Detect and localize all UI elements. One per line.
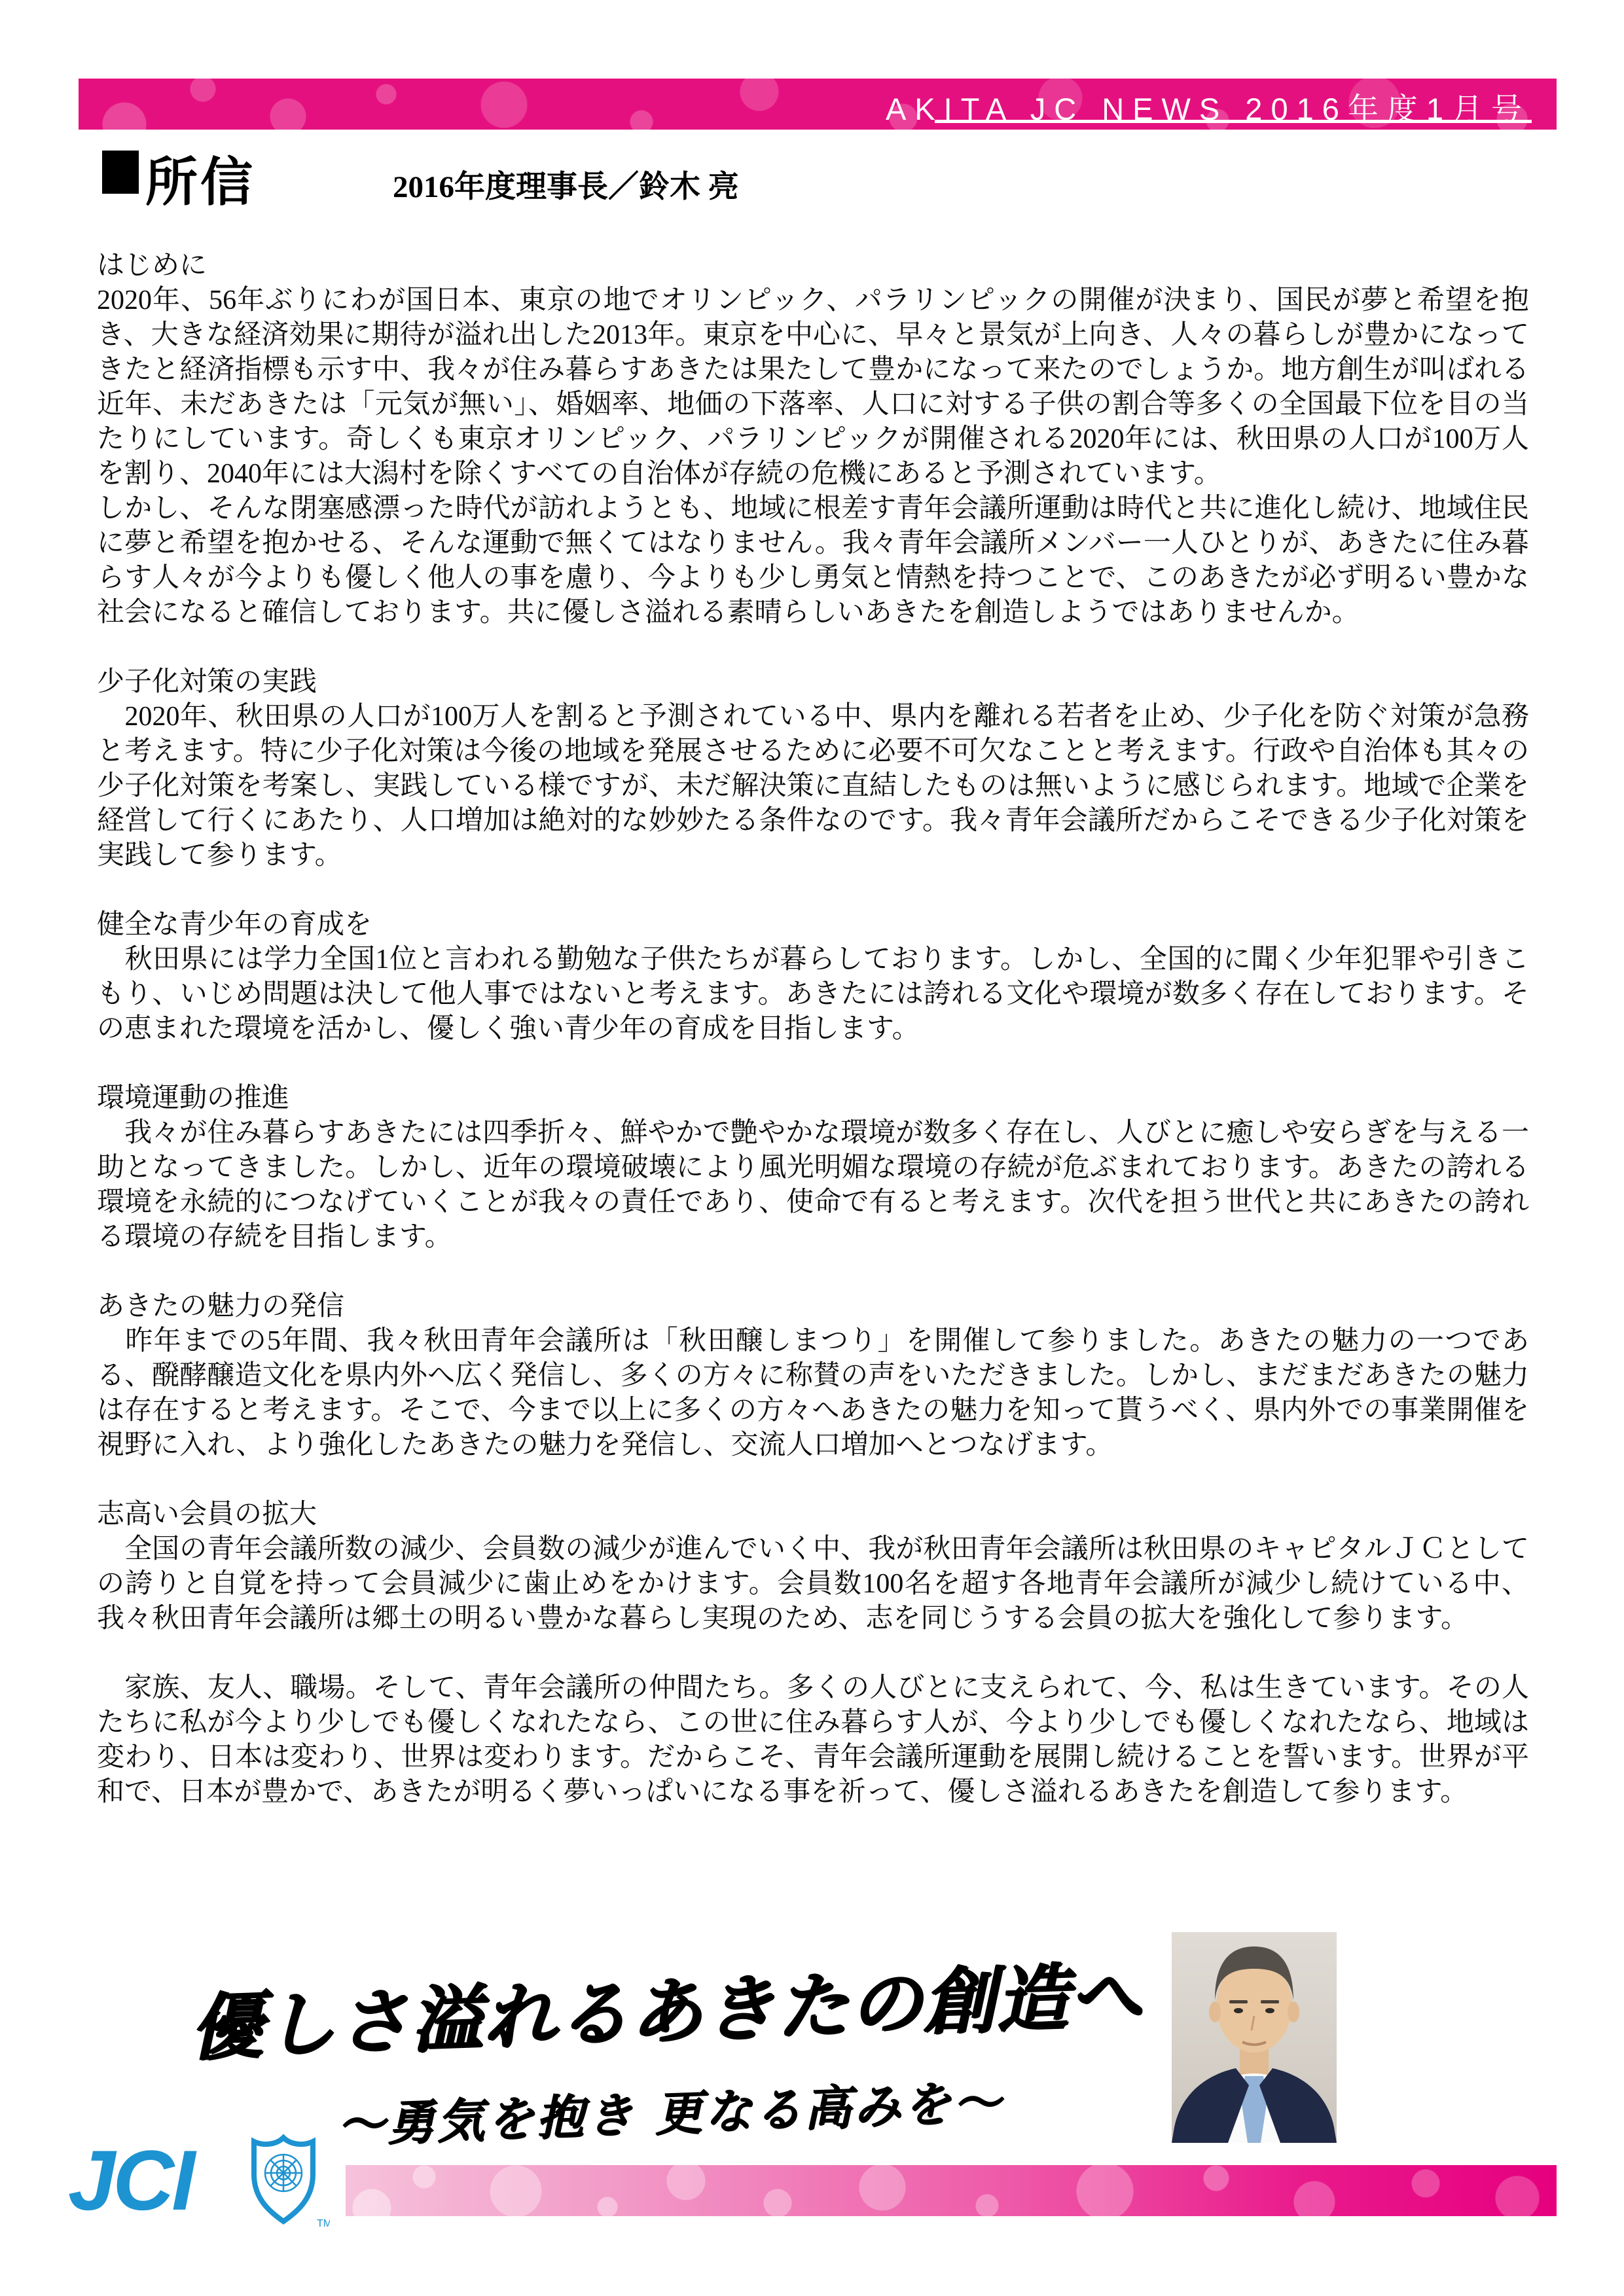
section-birthrate: 少子化対策の実践 2020年、秋田県の人口が100万人を割ると予測されている中、… <box>97 665 1529 873</box>
section-introduction: はじめに 2020年、56年ぶりにわが国日本、東京の地でオリンピック、パラリンピ… <box>97 249 1529 630</box>
section-environment: 環境運動の推進 我々が住み暮らすあきたには四季折々、鮮やかで艶やかな環境が数多く… <box>97 1081 1529 1255</box>
newsletter-page: AKITA JC NEWS 2016年度1月号 所信 2016年度理事長／鈴木 … <box>0 0 1624 2296</box>
page-title: 所信 <box>145 140 255 215</box>
issue-banner: AKITA JC NEWS 2016年度1月号 <box>79 79 1557 130</box>
chairman-byline: 2016年度理事長／鈴木 亮 <box>393 162 739 206</box>
section-paragraph: 家族、友人、職場。そして、青年会議所の仲間たち。多くの人びとに支えられて、今、私… <box>97 1671 1529 1810</box>
section-heading: あきたの魅力の発信 <box>97 1289 1529 1324</box>
jci-shield-icon <box>254 2138 313 2221</box>
section-paragraph: しかし、そんな閉塞感漂った時代が訪れようとも、地域に根差す青年会議所運動は時代と… <box>97 492 1529 630</box>
section-paragraph: 全国の青年会議所数の減少、会員数の減少が進んでいく中、我が秋田青年会議所は秋田県… <box>97 1532 1529 1636</box>
banner-underline <box>935 120 1532 123</box>
section-paragraph: 2020年、秋田県の人口が100万人を割ると予測されている中、県内を離れる若者を… <box>97 700 1529 873</box>
section-closing: 家族、友人、職場。そして、青年会議所の仲間たち。多くの人びとに支えられて、今、私… <box>97 1671 1529 1810</box>
headline-square-marker <box>102 151 139 194</box>
globe-icon <box>265 2155 302 2191</box>
section-charm: あきたの魅力の発信 昨年までの5年間、我々秋田青年会議所は「秋田醸しまつり」を開… <box>97 1289 1529 1463</box>
jci-logo-graphic: JCI TM <box>68 2131 330 2229</box>
portrait-illustration <box>1172 1932 1337 2143</box>
section-heading: 環境運動の推進 <box>97 1081 1529 1116</box>
footer-bubble-band <box>346 2165 1557 2216</box>
section-heading: 健全な青少年の育成を <box>97 908 1529 942</box>
section-membership: 志高い会員の拡大 全国の青年会議所数の減少、会員数の減少が進んでいく中、我が秋田… <box>97 1498 1529 1636</box>
section-paragraph: 2020年、56年ぶりにわが国日本、東京の地でオリンピック、パラリンピックの開催… <box>97 283 1529 492</box>
slogan-block: 優しさ溢れるあきたの創造へ ～勇気を抱き 更なる高みを～ <box>154 1936 1181 2161</box>
jci-trademark: TM <box>317 2218 330 2229</box>
section-heading: 少子化対策の実践 <box>97 665 1529 700</box>
jci-logo: JCI TM <box>68 2131 330 2229</box>
section-paragraph: 我々が住み暮らすあきたには四季折々、鮮やかで艶やかな環境が数多く存在し、人びとに… <box>97 1116 1529 1255</box>
slogan-main-line: 優しさ溢れるあきたの創造へ <box>154 1936 1178 2075</box>
section-heading: 志高い会員の拡大 <box>97 1498 1529 1532</box>
section-paragraph: 秋田県には学力全国1位と言われる勤勉な子供たちが暮らしております。しかし、全国的… <box>97 942 1529 1047</box>
statement-body: はじめに 2020年、56年ぶりにわが国日本、東京の地でオリンピック、パラリンピ… <box>97 249 1529 1810</box>
jci-logo-text: JCI <box>68 2132 197 2228</box>
section-youth: 健全な青少年の育成を 秋田県には学力全国1位と言われる勤勉な子供たちが暮らしてお… <box>97 908 1529 1047</box>
chairman-portrait-photo <box>1172 1932 1337 2143</box>
section-paragraph: 昨年までの5年間、我々秋田青年会議所は「秋田醸しまつり」を開催して参りました。あ… <box>97 1324 1529 1463</box>
section-heading: はじめに <box>97 249 1529 283</box>
